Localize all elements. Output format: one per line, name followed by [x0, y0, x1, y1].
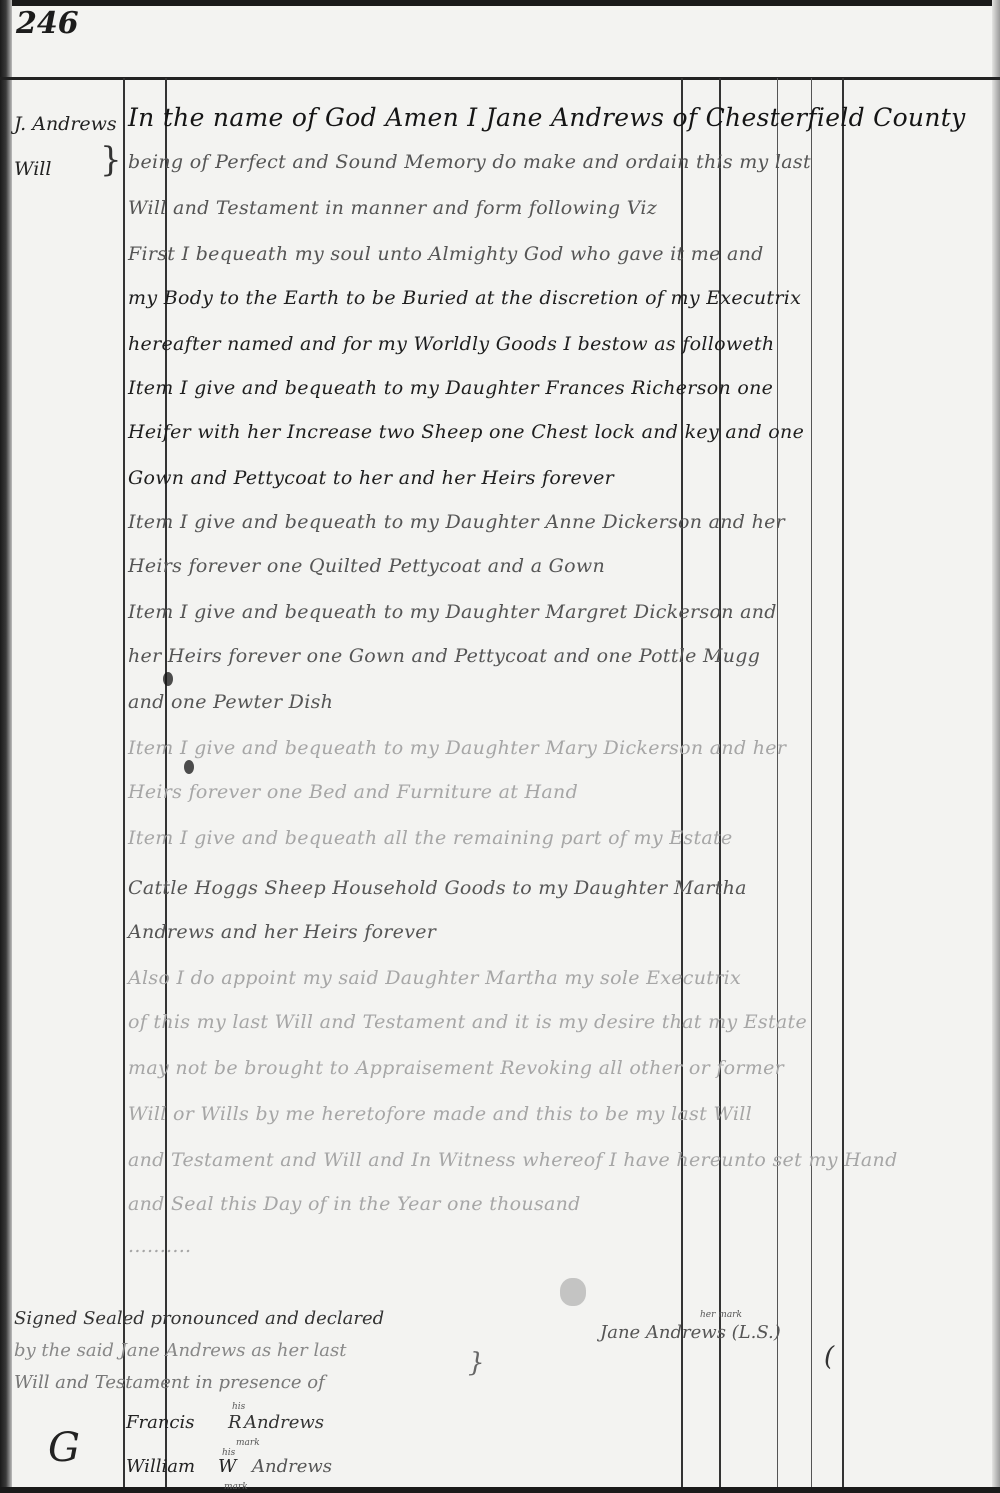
- attestation-line-3: Will and Testament in presence of: [14, 1372, 325, 1393]
- will-text-line: hereafter named and for my Worldly Goods…: [128, 333, 774, 355]
- will-text-line: Will and Testament in manner and form fo…: [128, 197, 657, 219]
- scan-border-bottom: [0, 1487, 1000, 1493]
- testator-mark-label: her mark: [700, 1310, 742, 1320]
- will-text-line: Item I give and bequeath to my Daughter …: [128, 511, 785, 533]
- attestation-line-1: Signed Sealed pronounced and declared: [14, 1308, 384, 1329]
- will-text-line: Cattle Hoggs Sheep Household Goods to my…: [128, 877, 747, 899]
- scan-border-right: [992, 0, 1000, 1493]
- will-text-line: Item I give and bequeath to my Daughter …: [128, 737, 786, 759]
- will-text-line: Gown and Pettycoat to her and her Heirs …: [128, 467, 614, 489]
- witness-brace: }: [468, 1348, 485, 1378]
- will-text-line: ..........: [128, 1235, 191, 1257]
- scan-border-top: [0, 0, 1000, 6]
- margin-note-name: J. Andrews: [14, 113, 117, 135]
- header-rule: [0, 77, 1000, 80]
- will-text-line: First I bequeath my soul unto Almighty G…: [128, 243, 764, 265]
- seal-bracket: (: [824, 1342, 834, 1372]
- will-text-line: and Seal this Day of in the Year one tho…: [128, 1193, 581, 1215]
- column-rule-5: [842, 78, 844, 1487]
- will-text-line: and Testament and Will and In Witness wh…: [128, 1149, 898, 1171]
- margin-rule: [123, 78, 125, 1487]
- ink-blot: [163, 672, 173, 686]
- will-text-line: Item I give and bequeath to my Daughter …: [128, 377, 773, 399]
- ink-blot: [184, 760, 194, 774]
- witness-2-mark-bottom: mark: [224, 1482, 248, 1492]
- will-text-line: Andrews and her Heirs forever: [128, 921, 436, 943]
- will-text-line: Item I give and bequeath to my Daughter …: [128, 601, 777, 623]
- will-text-line: being of Perfect and Sound Memory do mak…: [128, 151, 811, 173]
- will-text-line: her Heirs forever one Gown and Pettycoat…: [128, 645, 760, 667]
- ledger-page: 246 J. Andrews Will } In the name of God…: [0, 0, 1000, 1493]
- will-text-line: Also I do appoint my said Daughter Marth…: [128, 967, 741, 989]
- witness-1-mark: R: [228, 1412, 242, 1433]
- clerk-mark: G: [48, 1425, 80, 1471]
- will-text-line: Will or Wills by me heretofore made and …: [128, 1103, 752, 1125]
- column-rule-4: [811, 78, 812, 1487]
- will-text-line: Heirs forever one Bed and Furniture at H…: [128, 781, 578, 803]
- witness-2-last-name: Andrews: [252, 1456, 332, 1477]
- testator-signature: Jane Andrews (L.S.): [600, 1322, 781, 1343]
- will-text-line: Heirs forever one Quilted Pettycoat and …: [128, 555, 605, 577]
- will-text-line: Item I give and bequeath all the remaini…: [128, 827, 733, 849]
- attestation-line-2: by the said Jane Andrews as her last: [14, 1340, 346, 1361]
- will-text-line: my Body to the Earth to be Buried at the…: [128, 287, 801, 309]
- will-text-line: of this my last Will and Testament and i…: [128, 1011, 807, 1033]
- page-number: 246: [16, 6, 79, 41]
- witness-1-first-name: Francis: [126, 1412, 195, 1433]
- witness-2-mark: W: [218, 1456, 237, 1477]
- margin-brace: }: [100, 140, 122, 180]
- witness-1-last-name: Andrews: [244, 1412, 324, 1433]
- will-text-line: In the name of God Amen I Jane Andrews o…: [128, 103, 966, 132]
- will-text-line: may not be brought to Appraisement Revok…: [128, 1057, 784, 1079]
- margin-note-label: Will: [14, 158, 51, 180]
- will-text-line: and one Pewter Dish: [128, 691, 333, 713]
- paper-stain: [560, 1278, 586, 1306]
- scan-border-left: [0, 0, 12, 1493]
- will-text-line: Heifer with her Increase two Sheep one C…: [128, 421, 804, 443]
- witness-1-mark-top: his: [232, 1402, 245, 1412]
- witness-2-first-name: William: [126, 1456, 195, 1477]
- witness-1-mark-bottom: mark: [236, 1438, 260, 1448]
